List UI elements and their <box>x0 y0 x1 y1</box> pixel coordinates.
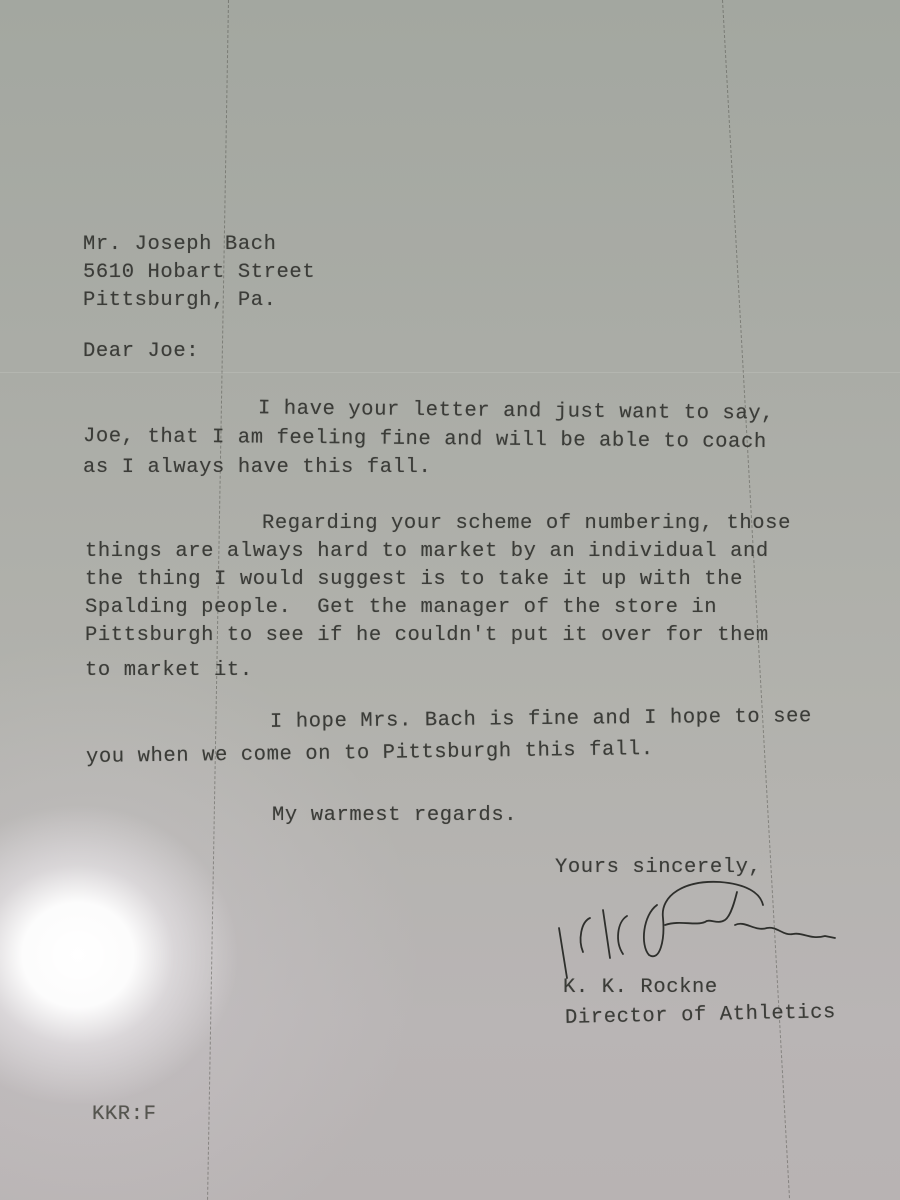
paragraph-2-line-1: Regarding your scheme of numbering, thos… <box>262 512 791 535</box>
salutation: Dear Joe: <box>83 340 199 363</box>
paragraph-2-line-4: Spalding people. Get the manager of the … <box>85 596 717 619</box>
recipient-city: Pittsburgh, Pa. <box>83 289 277 312</box>
paragraph-1-line-1: I have your letter and just want to say, <box>258 397 774 425</box>
paragraph-3-line-1: I hope Mrs. Bach is fine and I hope to s… <box>270 705 812 734</box>
paragraph-2-line-3: the thing I would suggest is to take it … <box>85 568 743 591</box>
paragraph-2-line-2: things are always hard to market by an i… <box>85 540 769 563</box>
paragraph-1-line-3: as I always have this fall. <box>83 456 431 479</box>
reference-initials: KKR:F <box>92 1103 157 1126</box>
handwritten-signature-icon <box>545 870 845 980</box>
paragraph-3-line-2: you when we come on to Pittsburgh this f… <box>86 738 654 769</box>
signer-name: K. K. Rockne <box>563 976 718 999</box>
paragraph-2-line-6: to market it. <box>85 659 253 682</box>
signer-title: Director of Athletics <box>565 1001 836 1030</box>
paragraph-2-line-5: Pittsburgh to see if he couldn't put it … <box>85 624 769 647</box>
letter-paper: Mr. Joseph Bach 5610 Hobart Street Pitts… <box>0 0 900 1200</box>
paragraph-1-line-2: Joe, that I am feeling fine and will be … <box>83 425 767 454</box>
regards-line: My warmest regards. <box>272 804 517 827</box>
recipient-street: 5610 Hobart Street <box>83 261 315 284</box>
recipient-name: Mr. Joseph Bach <box>83 233 277 256</box>
paper-crease <box>0 372 900 373</box>
